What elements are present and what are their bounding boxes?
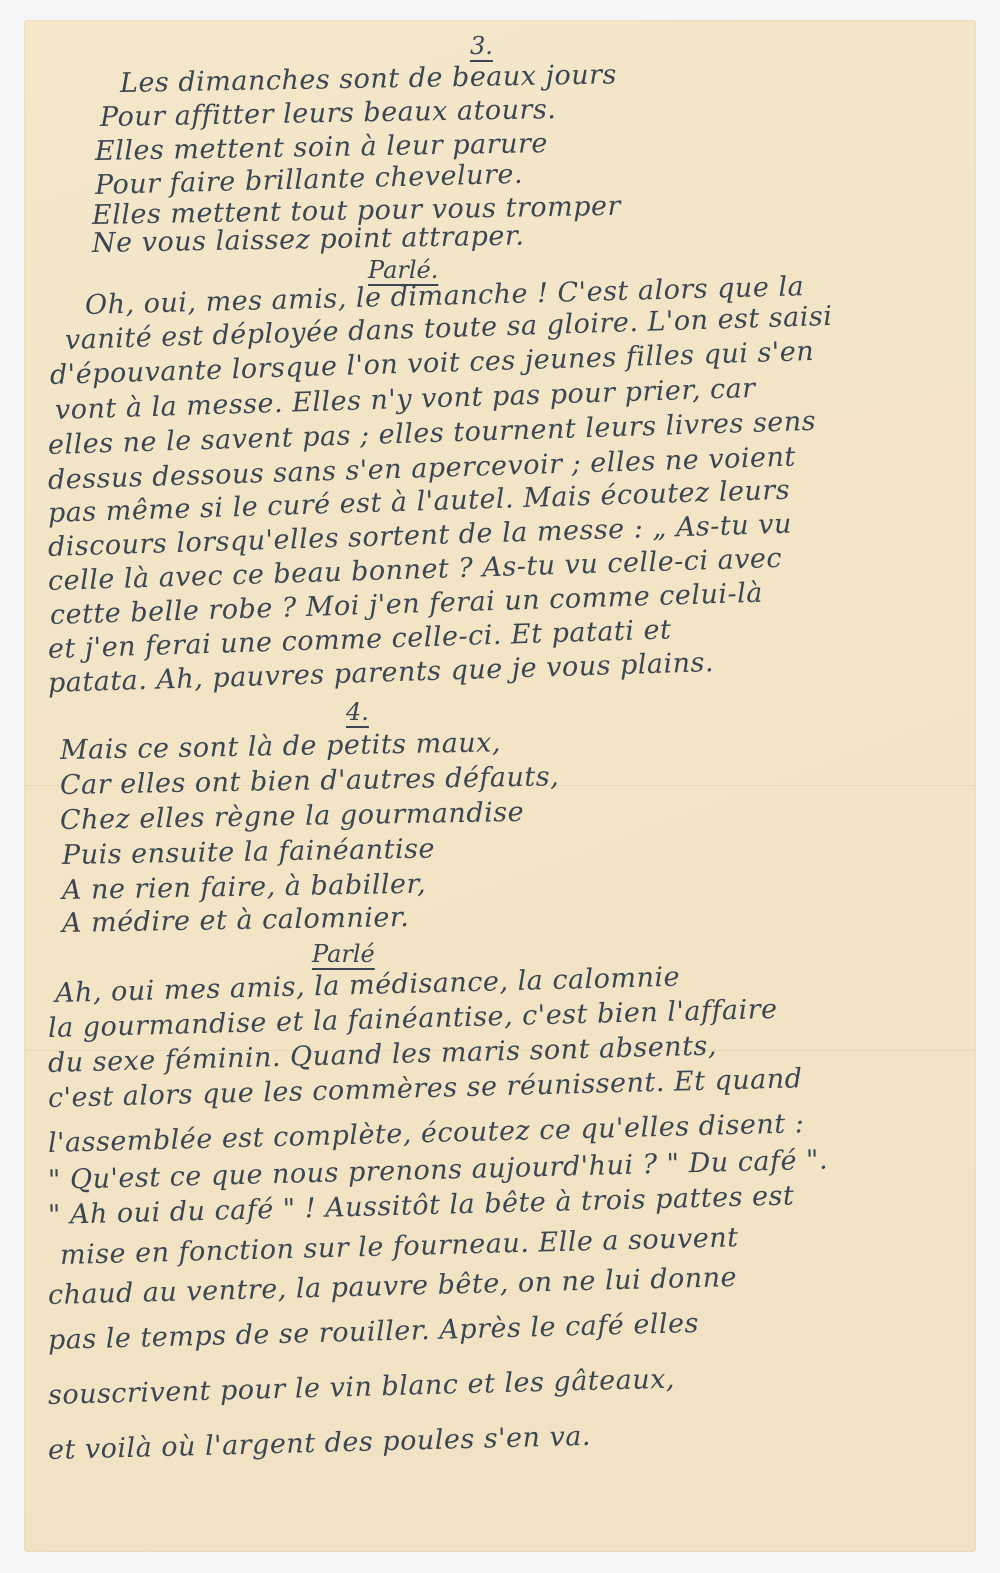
verse-line: A médire et à calomnier. xyxy=(62,902,410,939)
parle-heading: Parlé xyxy=(312,940,375,968)
verse-line: A ne rien faire, à babiller, xyxy=(62,869,427,906)
verse-line: Puis ensuite la fainéantise xyxy=(62,833,435,871)
parle-heading: Parlé. xyxy=(368,256,438,284)
stanza-4-number: 4. xyxy=(346,698,369,726)
stanza-3-number: 3. xyxy=(470,32,493,60)
